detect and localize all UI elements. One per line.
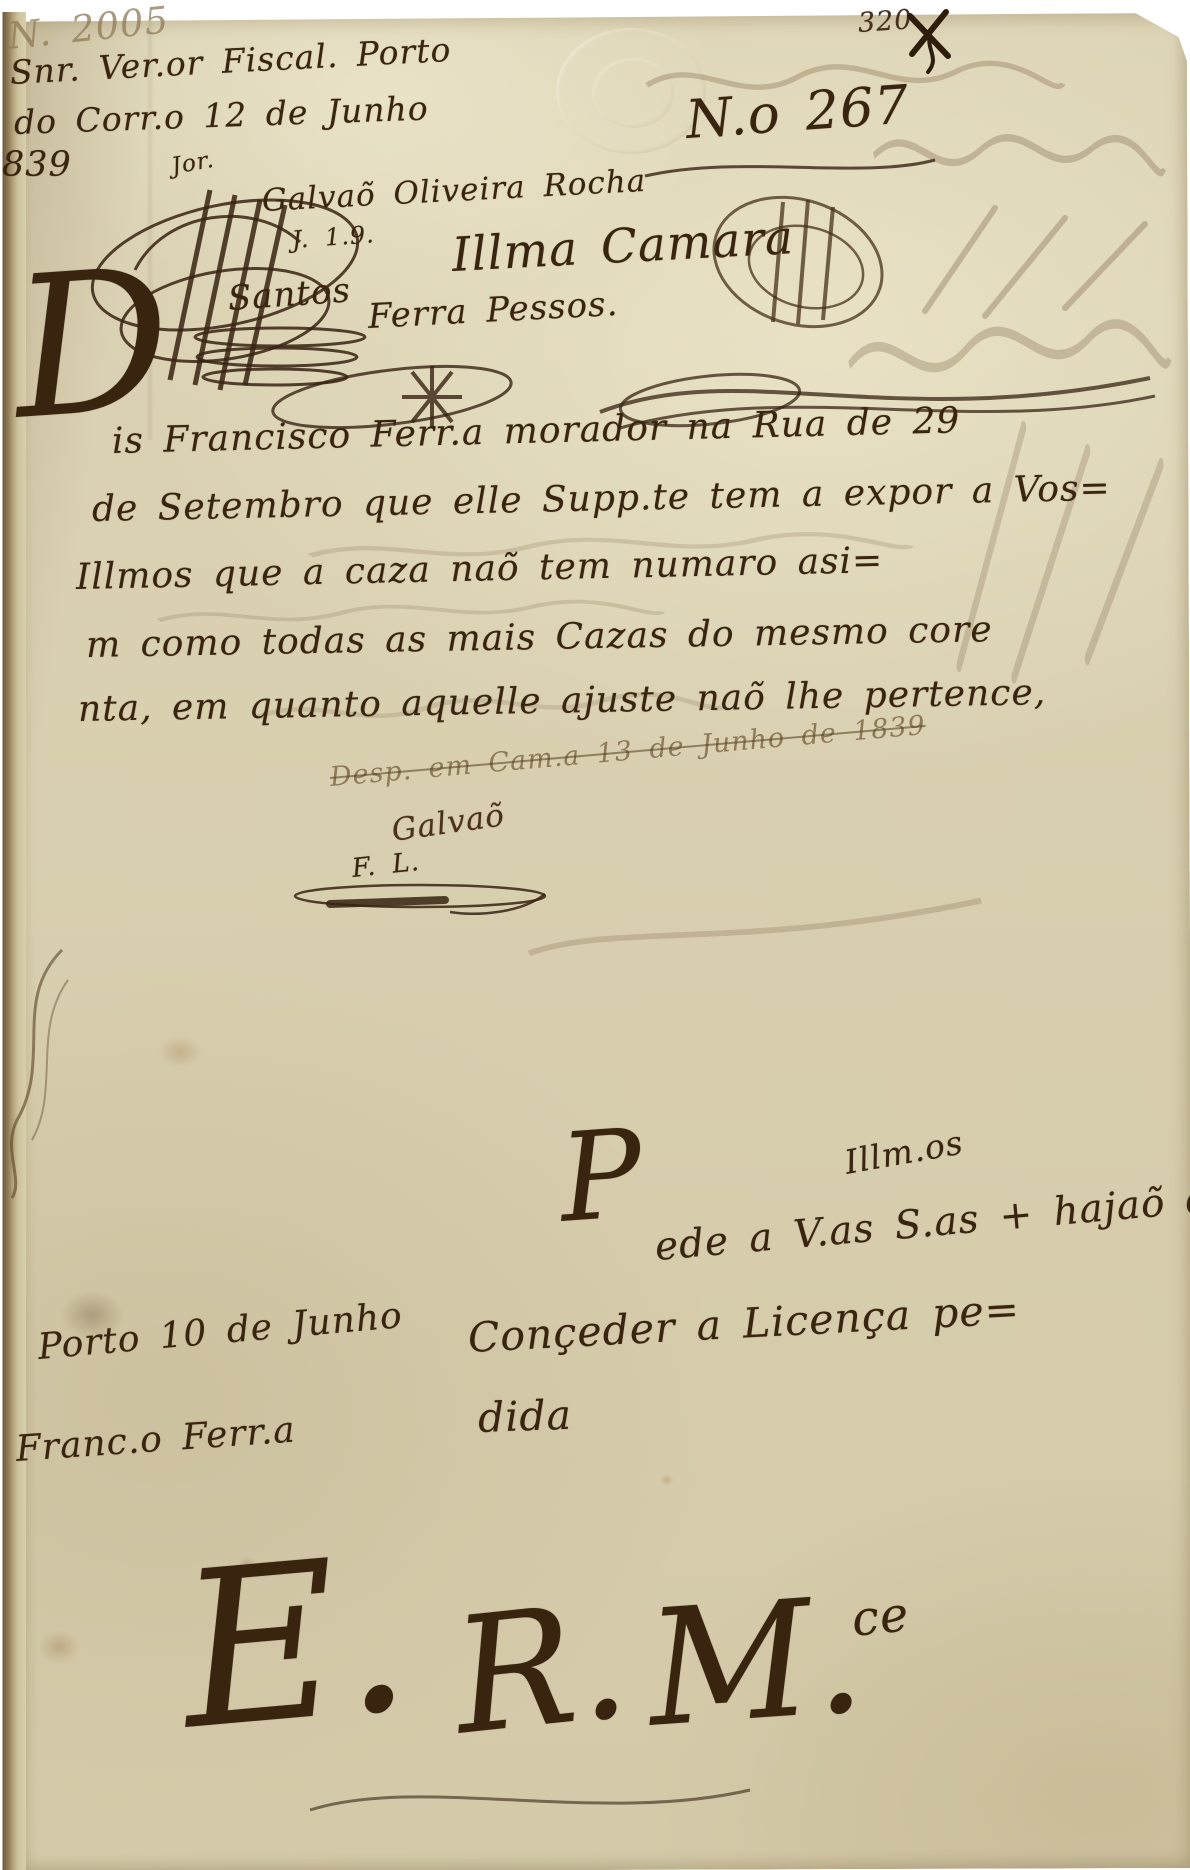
initial-letter-d: D — [7, 241, 178, 447]
closing-letter-r: R. — [447, 1580, 636, 1757]
foxing-stain — [660, 1474, 674, 1486]
ink-bleedthrough-strokes — [950, 400, 1170, 700]
closing-superscript: ce — [849, 1590, 911, 1644]
petition-line: dida — [477, 1395, 572, 1439]
foxing-stain — [158, 1036, 202, 1068]
signature-santos: Santos — [227, 273, 352, 316]
closing-letter-m: M. — [642, 1575, 869, 1750]
petition-initial-p: P — [556, 1112, 647, 1239]
scanned-manuscript-page: N. 2005 320 Snr. Ver.or Fiscal. Porto do… — [0, 0, 1190, 1870]
foxing-stain — [38, 1630, 80, 1664]
document-number: N.o 267 — [684, 78, 911, 146]
closing-letter-e: E. — [173, 1526, 418, 1760]
signature-oval-flourish — [698, 172, 898, 352]
page-edge-ink-curl — [2, 940, 72, 1210]
paraph-note: J. 1.9. — [291, 222, 375, 252]
closing-swash-flourish — [300, 1770, 760, 1830]
ink-cross-mark-icon — [898, 2, 962, 76]
docket-line-3: 839 — [2, 148, 72, 183]
despacho-paraph-flourish — [290, 874, 560, 920]
